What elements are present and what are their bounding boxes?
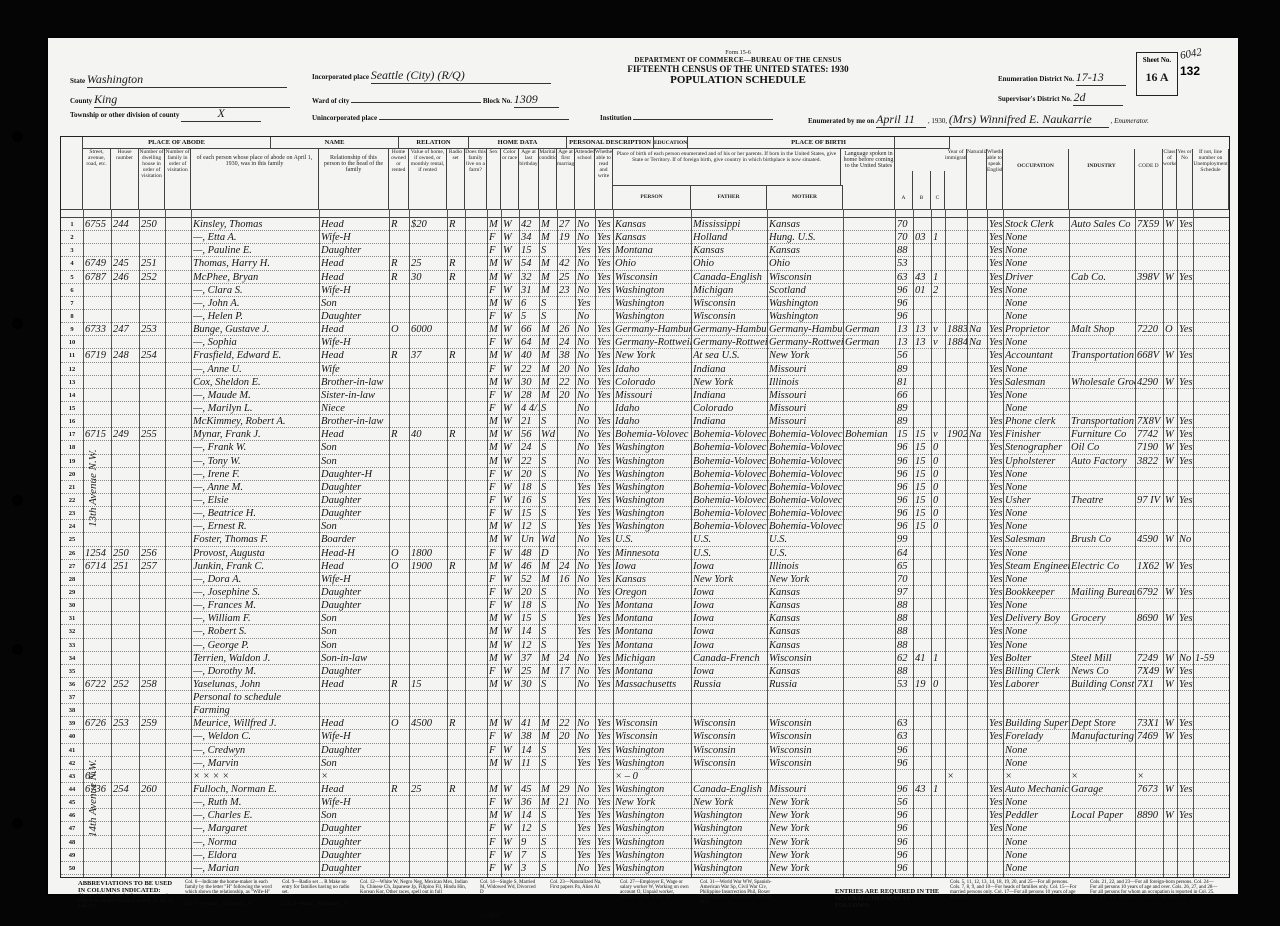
- cell-age: 34: [521, 231, 539, 244]
- cell-sch: Yes: [577, 744, 595, 757]
- table-row: 18—, Frank W.SonMW24SNoYesWashingtonBohe…: [61, 441, 1229, 454]
- cell-ca: 63: [897, 717, 913, 730]
- cell-rel: Brother-in-law: [321, 376, 389, 389]
- cell-cb: 15: [915, 428, 931, 441]
- cell-race: W: [503, 783, 519, 796]
- cell-cc: 0: [933, 494, 945, 507]
- cell-own: R: [391, 678, 409, 691]
- cell-emp: Yes: [1179, 586, 1193, 599]
- cell-sch: No: [577, 547, 595, 560]
- cell-occ: None: [1005, 481, 1069, 494]
- cell-read: Yes: [597, 783, 613, 796]
- table-row: 25Foster, Thomas F.BoarderMWUnWdNoYesU.S…: [61, 533, 1229, 546]
- group-relation: RELATION: [399, 137, 469, 149]
- col-naturalization: Naturalization: [967, 149, 987, 209]
- cell-occ: None: [1005, 862, 1069, 875]
- cell-mbp: Illinois: [769, 560, 843, 573]
- cell-emp: Yes: [1179, 415, 1193, 428]
- cell-code: 4290: [1137, 376, 1163, 389]
- cell-read: Yes: [597, 573, 613, 586]
- cell-cls: W: [1165, 218, 1177, 231]
- sd-field: Supervisor's District No. 2d: [998, 90, 1123, 106]
- cell-cc: 0: [933, 455, 945, 468]
- cell-ca: 56: [897, 349, 913, 362]
- cell-race: W: [503, 547, 519, 560]
- cell-ca: 70: [897, 231, 913, 244]
- cell-mbp: Kansas: [769, 218, 843, 231]
- cell-sex: F: [489, 481, 501, 494]
- cell-bp: Germany-Rottweil: [615, 336, 691, 349]
- cell-fbp: Wisconsin: [693, 744, 767, 757]
- cell-ca: 89: [897, 402, 913, 415]
- cell-read: Yes: [597, 231, 613, 244]
- cell-mar: S: [541, 809, 557, 822]
- cell-name: —, Frank W.: [193, 441, 319, 454]
- cell-bp: Kansas: [615, 231, 691, 244]
- cell-read: Yes: [597, 547, 613, 560]
- cell-cls: W: [1165, 455, 1177, 468]
- table-row: 32—, Robert S.SonMW14SYesYesMontanaIowaK…: [61, 625, 1229, 638]
- cell-code: 8690: [1137, 612, 1163, 625]
- cell-race: W: [503, 402, 519, 415]
- cell-eng: Yes: [989, 560, 1003, 573]
- cell-cc: v: [933, 428, 945, 441]
- cell-occ: None: [1005, 520, 1069, 533]
- cell-occ: None: [1005, 297, 1069, 310]
- group-education: EDUCATION: [654, 137, 688, 149]
- cell-rel: Head: [321, 678, 389, 691]
- cell-sch: No: [577, 389, 595, 402]
- cell-val: 4500: [411, 717, 447, 730]
- cell-am: 20: [559, 730, 575, 743]
- cell-age: 48: [521, 547, 539, 560]
- cell-mbp: Germany-Hamburg: [769, 323, 843, 336]
- cell-name: —, Pauline E.: [193, 244, 319, 257]
- cell-ca: 88: [897, 625, 913, 638]
- cell-race: W: [503, 849, 519, 862]
- cell-name: Kinsley, Thomas: [193, 218, 319, 231]
- cell-ca: 96: [897, 757, 913, 770]
- cell-dw: 247: [113, 323, 139, 336]
- cell-mar: S: [541, 599, 557, 612]
- cell-sex: M: [489, 323, 501, 336]
- group-abode: PLACE OF ABODE: [83, 137, 271, 149]
- cell-fbp: Bohemia-Volovec: [693, 494, 767, 507]
- cell-ca: 96: [897, 520, 913, 533]
- cell-fbp: Iowa: [693, 612, 767, 625]
- cell-read: Yes: [597, 349, 613, 362]
- cell-rel: Head: [321, 323, 389, 336]
- cell-bp: Wisconsin: [615, 717, 691, 730]
- cell-age: 9: [521, 836, 539, 849]
- cell-race: W: [503, 796, 519, 809]
- cell-fam: 252: [141, 271, 165, 284]
- cell-race: W: [503, 494, 519, 507]
- cell-fam: 254: [141, 349, 165, 362]
- cell-cls: W: [1165, 441, 1177, 454]
- cell-sch: Yes: [577, 836, 595, 849]
- cell-line: 2: [61, 231, 83, 244]
- table-row: 48—, NormaDaughterFW9SYesYesWashingtonWa…: [61, 836, 1229, 849]
- cell-house: 6736: [85, 783, 111, 796]
- cell-cls: W: [1165, 612, 1177, 625]
- cell-sch: Yes: [577, 520, 595, 533]
- cell-mbp: New York: [769, 796, 843, 809]
- cell-eng: Yes: [989, 323, 1003, 336]
- cell-age: 18: [521, 599, 539, 612]
- cell-mbp: Germany-Rottweil: [769, 336, 843, 349]
- cell-sex: F: [489, 599, 501, 612]
- cell-line: 16: [61, 415, 83, 428]
- table-row: 46749245251Thomas, Harry H.HeadR25RMW54M…: [61, 257, 1229, 270]
- cell-sex: M: [489, 257, 501, 270]
- cell-name: Terrien, Waldon J.: [193, 652, 319, 665]
- cell-cb: 01: [915, 284, 931, 297]
- cell-name: —, Weldon C.: [193, 730, 319, 743]
- cell-emp: Yes: [1179, 612, 1193, 625]
- cell-occ: Stock Clerk: [1005, 218, 1069, 231]
- cell-ind: Building Const: [1071, 678, 1135, 691]
- cell-mbp: Russia: [769, 678, 843, 691]
- cell-code: 3822: [1137, 455, 1163, 468]
- table-row: 6—, Clara S.Wife-HFW31M23NoYesWashington…: [61, 284, 1229, 297]
- cell-val: 25: [411, 783, 447, 796]
- cell-name: —, Margaret: [193, 822, 319, 835]
- cell-read: Yes: [597, 507, 613, 520]
- cell-code: 4590: [1137, 533, 1163, 546]
- cell-rel: Wife-H: [321, 730, 389, 743]
- cell-imm: 1883: [947, 323, 967, 336]
- col-radio: Radio set: [447, 149, 465, 209]
- cell-age: 45: [521, 783, 539, 796]
- cell-sch: No: [577, 652, 595, 665]
- cell-rel: Head: [321, 349, 389, 362]
- cell-bp: Wisconsin: [615, 730, 691, 743]
- cell-ca: 89: [897, 415, 913, 428]
- cell-mbp: U.S.: [769, 547, 843, 560]
- cell-sex: M: [489, 271, 501, 284]
- cell-emp: Yes: [1179, 376, 1193, 389]
- cell-own: R: [391, 218, 409, 231]
- cell-sch: No: [577, 573, 595, 586]
- cell-read: Yes: [597, 284, 613, 297]
- table-row: 116719248254Frasfield, Edward E.HeadR37R…: [61, 349, 1229, 362]
- cell-sex: M: [489, 717, 501, 730]
- cell-emp: Yes: [1179, 809, 1193, 822]
- cell-sex: M: [489, 520, 501, 533]
- cell-sex: M: [489, 757, 501, 770]
- cell-name: —, Clara S.: [193, 284, 319, 297]
- birth-note: Place of birth of each person enumerated…: [613, 149, 841, 185]
- cell-read: Yes: [597, 481, 613, 494]
- cell-mbp: Kansas: [769, 665, 843, 678]
- cell-name: —, Ruth M.: [193, 796, 319, 809]
- cell-mbp: Bohemia-Volovec: [769, 481, 843, 494]
- cell-mar: S: [541, 310, 557, 323]
- cell-occ: Driver: [1005, 271, 1069, 284]
- cell-cb: 15: [915, 481, 931, 494]
- cell-name: —, Maude M.: [193, 389, 319, 402]
- cell-emp: Yes: [1179, 349, 1193, 362]
- cell-fbp: Indiana: [693, 389, 767, 402]
- col-age-marriage: Age at first marriage: [557, 149, 575, 209]
- cell-line: 11: [61, 349, 83, 362]
- cell-mbp: Wisconsin: [769, 730, 843, 743]
- cell-age: 12: [521, 520, 539, 533]
- table-row: 30—, Frances M.DaughterFW18SNoYesMontana…: [61, 599, 1229, 612]
- cell-line: 30: [61, 599, 83, 612]
- cell-line: 27: [61, 560, 83, 573]
- cell-age: 25: [521, 665, 539, 678]
- cell-val: 6000: [411, 323, 447, 336]
- cell-line: 12: [61, 363, 83, 376]
- cell-occ: None: [1005, 389, 1069, 402]
- cell-rel: Daughter: [321, 849, 389, 862]
- cell-rel: Boarder: [321, 533, 389, 546]
- cell-fbp: Bohemia-Volovec: [693, 520, 767, 533]
- cell-am: 22: [559, 717, 575, 730]
- cell-mar: S: [541, 455, 557, 468]
- cell-val: 25: [411, 257, 447, 270]
- cell-fbp: Michigan: [693, 284, 767, 297]
- cell-race: W: [503, 560, 519, 573]
- cell-name: Mynar, Frank J.: [193, 428, 319, 441]
- cell-ca: 53: [897, 678, 913, 691]
- cell-cc: 1: [933, 231, 945, 244]
- cell-rel: Head: [321, 257, 389, 270]
- cell-race: W: [503, 428, 519, 441]
- cell-ca: 53: [897, 257, 913, 270]
- punch-hole: [12, 818, 23, 829]
- cell-read: Yes: [597, 244, 613, 257]
- cell-mbp: Bohemia-Volovec: [769, 507, 843, 520]
- cell-read: Yes: [597, 468, 613, 481]
- cell-ind: Mailing Bureau: [1071, 586, 1135, 599]
- cell-age: 14: [521, 809, 539, 822]
- cell-cls: W: [1165, 428, 1177, 441]
- cell-race: W: [503, 520, 519, 533]
- table-row: 16McKimmey, Robert A.Brother-in-lawMW21S…: [61, 415, 1229, 428]
- cell-sch: Yes: [577, 507, 595, 520]
- cell-mar: Wd: [541, 428, 557, 441]
- cell-rel: Daughter: [321, 862, 389, 875]
- cell-race: W: [503, 533, 519, 546]
- cell-race: W: [503, 468, 519, 481]
- cell-nat: Na: [969, 336, 987, 349]
- cell-mbp: New York: [769, 349, 843, 362]
- cell-am: 20: [559, 363, 575, 376]
- cell-sch: Yes: [577, 809, 595, 822]
- cell-occ: None: [1005, 547, 1069, 560]
- cell-code: 73X1: [1137, 717, 1163, 730]
- cell-line: 13: [61, 376, 83, 389]
- cell-emp: Yes: [1179, 730, 1193, 743]
- cell-rel: Head: [321, 717, 389, 730]
- block-value: 1309: [514, 92, 559, 108]
- cell-age: 40: [521, 349, 539, 362]
- cell-rel: ×: [321, 770, 389, 783]
- cell-occ: None: [1005, 625, 1069, 638]
- col-house: House number: [111, 149, 139, 209]
- cell-read: Yes: [597, 441, 613, 454]
- cell-cb: 13: [915, 323, 931, 336]
- cell-mar: S: [541, 494, 557, 507]
- cell-mar: S: [541, 402, 557, 415]
- cell-cc: 0: [933, 441, 945, 454]
- cell-age: 4 4/12: [521, 402, 539, 415]
- cell-occ: Billing Clerk: [1005, 665, 1069, 678]
- cell-house: 6755: [85, 218, 111, 231]
- cell-name: —, Frances M.: [193, 599, 319, 612]
- table-row: 7—, John A.SonMW6SYesWashingtonWisconsin…: [61, 297, 1229, 310]
- cell-am: 24: [559, 560, 575, 573]
- schedule-title: POPULATION SCHEDULE: [608, 74, 868, 86]
- cell-ca: 89: [897, 363, 913, 376]
- cell-mbp: Bohemia-Volovec: [769, 520, 843, 533]
- cell-code: 7X49: [1137, 665, 1163, 678]
- cell-age: 41: [521, 717, 539, 730]
- cell-race: W: [503, 218, 519, 231]
- cell-name: —, Eldora: [193, 849, 319, 862]
- cell-mar: M: [541, 284, 557, 297]
- cell-am: 25: [559, 271, 575, 284]
- cell-name: —, Marilyn L.: [193, 402, 319, 415]
- cell-dw: 250: [113, 547, 139, 560]
- cell-cls: W: [1165, 533, 1177, 546]
- table-row: 37Personal to schedule: [61, 691, 1229, 704]
- cell-occ: None: [1005, 599, 1069, 612]
- cell-own: R: [391, 257, 409, 270]
- cell-house: 6714: [85, 560, 111, 573]
- cell-read: Yes: [597, 836, 613, 849]
- cell-occ: Bookkeeper: [1005, 586, 1069, 599]
- cell-sex: M: [489, 783, 501, 796]
- cell-age: 52: [521, 573, 539, 586]
- cell-own: R: [391, 271, 409, 284]
- cell-occ: ×: [1005, 770, 1069, 783]
- table-row: 176715249255Mynar, Frank J.HeadR40RMW56W…: [61, 428, 1229, 441]
- cell-ind: Furniture Co: [1071, 428, 1135, 441]
- cell-sch: No: [577, 376, 595, 389]
- cell-read: Yes: [597, 533, 613, 546]
- cell-rel: Daughter: [321, 507, 389, 520]
- cell-cls: W: [1165, 809, 1177, 822]
- cell-bp: Ohio: [615, 257, 691, 270]
- cell-line: 34: [61, 652, 83, 665]
- cell-mar: S: [541, 678, 557, 691]
- cell-line: 10: [61, 336, 83, 349]
- cell-line: 40: [61, 730, 83, 743]
- cell-fbp: Kansas: [693, 244, 767, 257]
- cell-ind: Garage: [1071, 783, 1135, 796]
- department: DEPARTMENT OF COMMERCE—BUREAU OF THE CEN…: [608, 56, 868, 64]
- cell-bp: Montana: [615, 639, 691, 652]
- cell-race: W: [503, 665, 519, 678]
- cell-read: Yes: [597, 455, 613, 468]
- cell-emp: Yes: [1179, 428, 1193, 441]
- cell-fbp: Washington: [693, 849, 767, 862]
- col-employed: Yes or No: [1177, 149, 1193, 209]
- cell-name: —, Norma: [193, 836, 319, 849]
- table-row: 38Farming: [61, 704, 1229, 717]
- cell-sch: No: [577, 415, 595, 428]
- incorporated-value: Seattle (City) (R/Q): [371, 68, 551, 84]
- cell-dw: 246: [113, 271, 139, 284]
- cell-emp: Yes: [1179, 783, 1193, 796]
- cell-rel: Daughter: [321, 822, 389, 835]
- cell-bp: Massachusetts: [615, 678, 691, 691]
- cell-rel: Daughter: [321, 244, 389, 257]
- cell-line: 42: [61, 757, 83, 770]
- cell-sex: F: [489, 363, 501, 376]
- cell-sex: M: [489, 297, 501, 310]
- cell-cb: 43: [915, 783, 931, 796]
- cell-bp: Washington: [615, 757, 691, 770]
- table-row: 261254250256Provost, AugustaHead-HO1800F…: [61, 547, 1229, 560]
- col-language: Language spoken in home before coming to…: [843, 137, 895, 209]
- cell-sch: No: [577, 218, 595, 231]
- cell-ca: 96: [897, 783, 913, 796]
- cell-cc: 0: [933, 468, 945, 481]
- cell-am: 20: [559, 389, 575, 402]
- sheet-number-box: Sheet No. 16 A: [1136, 52, 1178, 96]
- cell-race: W: [503, 652, 519, 665]
- cell-mar: S: [541, 625, 557, 638]
- cell-age: 20: [521, 468, 539, 481]
- cell-sch: Yes: [577, 244, 595, 257]
- cell-read: Yes: [597, 415, 613, 428]
- cell-rel: Son: [321, 757, 389, 770]
- punch-hole: [12, 644, 23, 655]
- cell-sch: No: [577, 533, 595, 546]
- institution-field: Institution: [600, 114, 773, 122]
- cell-name: —, Tony W.: [193, 455, 319, 468]
- cell-occ: Stenographer: [1005, 441, 1069, 454]
- cell-bp: Bohemia-Volovec: [615, 428, 691, 441]
- cell-age: 66: [521, 323, 539, 336]
- table-row: 12—, Anne U.WifeFW22M20NoYesIdahoIndiana…: [61, 363, 1229, 376]
- cell-mar: S: [541, 297, 557, 310]
- cell-age: 20: [521, 586, 539, 599]
- cell-ca: 66: [897, 389, 913, 402]
- cell-emp: Yes: [1179, 494, 1193, 507]
- cell-code: 7249: [1137, 652, 1163, 665]
- cell-sex: M: [489, 625, 501, 638]
- cell-code: 7X8V: [1137, 415, 1163, 428]
- cell-code: 7190: [1137, 441, 1163, 454]
- col-unemployment-line: If not, line number on Unemployment Sche…: [1193, 149, 1229, 209]
- cell-mbp: Kansas: [769, 586, 843, 599]
- cell-own: O: [391, 717, 409, 730]
- cell-mbp: Scotland: [769, 284, 843, 297]
- cell-ca: 96: [897, 297, 913, 310]
- cell-sch: No: [577, 349, 595, 362]
- cell-fbp: New York: [693, 376, 767, 389]
- cell-sex: M: [489, 218, 501, 231]
- cell-bp: Michigan: [615, 652, 691, 665]
- cell-race: W: [503, 323, 519, 336]
- cell-sex: M: [489, 415, 501, 428]
- cell-sch: Yes: [577, 639, 595, 652]
- cell-sex: F: [489, 849, 501, 862]
- cell-ind: Electric Co: [1071, 560, 1135, 573]
- cell-dw: 252: [113, 678, 139, 691]
- cell-house: 6715: [85, 428, 111, 441]
- cell-race: W: [503, 809, 519, 822]
- cell-sex: M: [489, 612, 501, 625]
- cell-sch: No: [577, 796, 595, 809]
- cell-eng: Yes: [989, 612, 1003, 625]
